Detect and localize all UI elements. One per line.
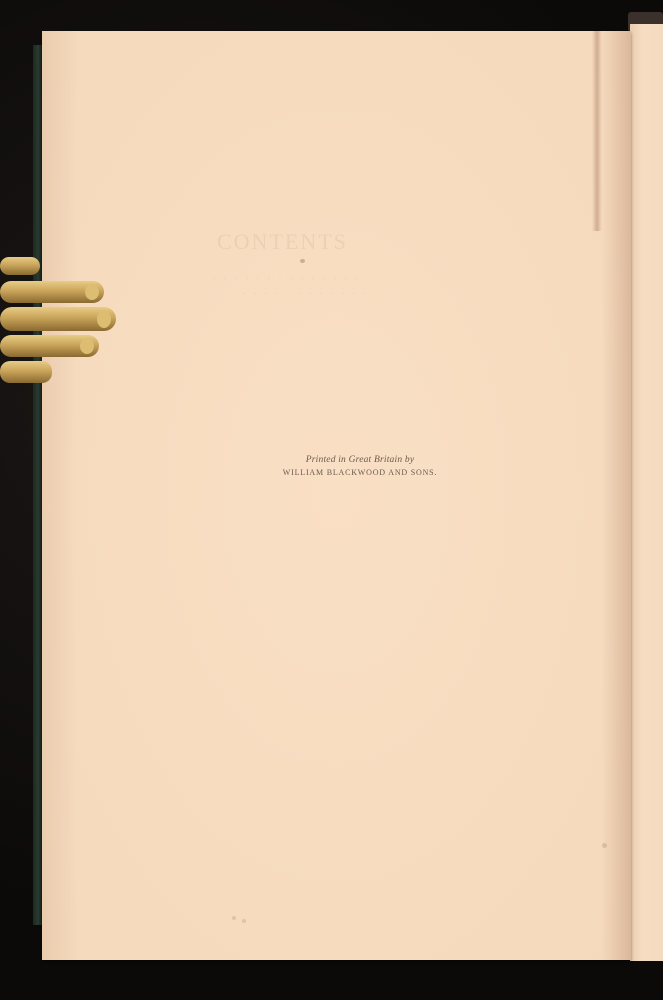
brass-hand-page-clip-icon [0,255,118,385]
foxing-spot [602,843,607,848]
book-page: CONTENTS · · · · · · · · · · · · · · · ·… [42,31,631,960]
imprint-line-1: Printed in Great Britain by [230,455,490,465]
show-through-text: CONTENTS [217,229,348,255]
facing-page-edge [630,24,663,961]
spine-shadow [592,31,602,231]
show-through-text: · · · · · · · · · · · · · · · [212,271,372,286]
imprint-line-2: WILLIAM BLACKWOOD AND SONS. [230,468,490,477]
printer-imprint: Printed in Great Britain by WILLIAM BLAC… [230,455,490,477]
foxing-spot [232,916,236,920]
book-photograph: CONTENTS · · · · · · · · · · · · · · · ·… [0,0,663,1000]
show-through-text: · · · · · · · · · · · · · [242,286,380,301]
foxing-spot [242,919,246,923]
foxing-spot [300,259,305,263]
